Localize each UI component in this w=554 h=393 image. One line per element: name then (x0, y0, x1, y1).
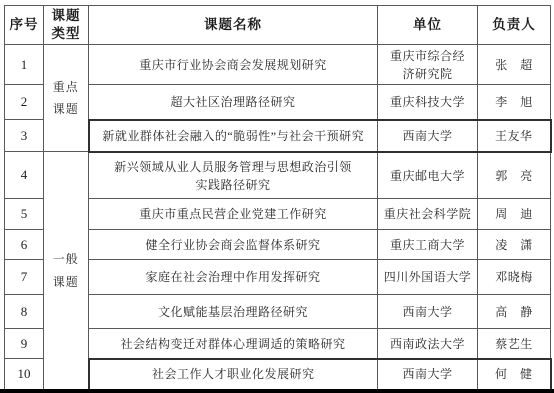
leader-cell: 蔡艺生 (478, 329, 551, 359)
topic-type-cell: 重点 课题 (44, 45, 89, 152)
table-header-row: 序号 课题 类型 课题名称 单位 负责人 (5, 6, 551, 45)
header-serial-number: 序号 (5, 6, 44, 45)
leader-cell: 何 健 (478, 359, 551, 390)
unit-cell: 西南大学 (378, 295, 478, 329)
leader-cell: 邓晓梅 (478, 260, 551, 295)
row-number-cell: 4 (5, 152, 44, 199)
topic-type-cell: 一般 课题 (44, 152, 89, 390)
topic-title-cell: 文化赋能基层治理路径研究 (89, 295, 378, 329)
leader-cell: 张 超 (478, 45, 551, 85)
topic-title-cell: 社会工作人才职业化发展研究 (89, 359, 378, 390)
page-bottom-edge (0, 389, 554, 393)
leader-cell: 李 旭 (478, 85, 551, 120)
leader-cell: 郭 亮 (478, 152, 551, 199)
row-number-cell: 2 (5, 85, 44, 120)
table-body: 1重点 课题重庆市行业协会商会发展规划研究重庆市综合经 济研究院张 超2超大社区… (5, 45, 551, 390)
leader-cell: 周 迪 (478, 199, 551, 230)
research-topics-table: 序号 课题 类型 课题名称 单位 负责人 1重点 课题重庆市行业协会商会发展规划… (4, 5, 552, 391)
unit-cell: 重庆社会科学院 (378, 199, 478, 230)
row-number-cell: 8 (5, 295, 44, 329)
topic-title-cell: 家庭在社会治理中作用发挥研究 (89, 260, 378, 295)
unit-cell: 四川外国语大学 (378, 260, 478, 295)
table-row: 1重点 课题重庆市行业协会商会发展规划研究重庆市综合经 济研究院张 超 (5, 45, 551, 85)
leader-cell: 凌 潇 (478, 230, 551, 260)
row-number-cell: 10 (5, 359, 44, 390)
unit-cell: 重庆市综合经 济研究院 (378, 45, 478, 85)
header-unit: 单位 (378, 6, 478, 45)
topic-title-cell: 健全行业协会商会监督体系研究 (89, 230, 378, 260)
topic-title-cell: 重庆市行业协会商会发展规划研究 (89, 45, 378, 85)
unit-cell: 西南大学 (378, 359, 478, 390)
table-row: 4一般 课题新兴领域从业人员服务管理与思想政治引领 实践路径研究重庆邮电大学郭 … (5, 152, 551, 199)
leader-cell: 高 静 (478, 295, 551, 329)
row-number-cell: 9 (5, 329, 44, 359)
header-topic-title: 课题名称 (89, 6, 378, 45)
topic-title-cell: 社会结构变迁对群体心理调适的策略研究 (89, 329, 378, 359)
header-topic-type: 课题 类型 (44, 6, 89, 45)
unit-cell: 西南大学 (378, 120, 478, 152)
row-number-cell: 5 (5, 199, 44, 230)
row-number-cell: 3 (5, 120, 44, 152)
row-number-cell: 6 (5, 230, 44, 260)
header-leader: 负责人 (478, 6, 551, 45)
unit-cell: 重庆邮电大学 (378, 152, 478, 199)
topic-title-cell: 新就业群体社会融入的“脆弱性”与社会干预研究 (89, 120, 378, 152)
topic-title-cell: 重庆市重点民营企业党建工作研究 (89, 199, 378, 230)
row-number-cell: 1 (5, 45, 44, 85)
document-page: { "table": { "headers": ["序号", "课题\n类型",… (0, 0, 554, 393)
unit-cell: 重庆工商大学 (378, 230, 478, 260)
row-number-cell: 7 (5, 260, 44, 295)
unit-cell: 重庆科技大学 (378, 85, 478, 120)
leader-cell: 王友华 (478, 120, 551, 152)
topic-title-cell: 新兴领域从业人员服务管理与思想政治引领 实践路径研究 (89, 152, 378, 199)
topic-title-cell: 超大社区治理路径研究 (89, 85, 378, 120)
unit-cell: 西南政法大学 (378, 329, 478, 359)
